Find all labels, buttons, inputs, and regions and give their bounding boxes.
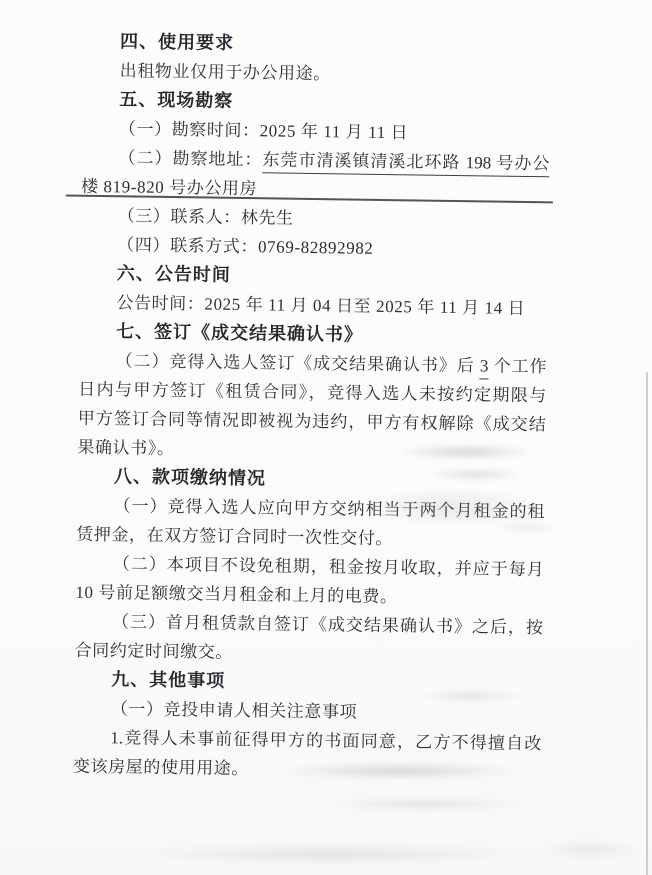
- text-run: 赁押金，在双方签订合同时一次性交付。: [76, 525, 393, 548]
- text-run: 1.竞得人未事前征得甲方的书面同意，乙方不得擅自改: [110, 728, 541, 753]
- ink-bleedthrough-artifact: [330, 797, 520, 811]
- text-run: 出租物业仅用于办公用途。: [120, 61, 331, 83]
- underlined-text-run: 3: [480, 356, 489, 379]
- text-run: 日内与甲方签订《租赁合同》，竞得入选人未按约定期限与: [78, 380, 546, 406]
- text-line: 变该房屋的使用用途。: [73, 752, 541, 788]
- text-run: （二）本项目不设免租期，租金按月收取，并应于每月: [113, 554, 544, 579]
- ink-bleedthrough-artifact: [140, 843, 520, 865]
- text-run: （一）竞得入选人应向甲方交纳相当于两个月租金的租: [113, 496, 544, 521]
- text-run: （三）联系人：林先生: [118, 206, 294, 227]
- text-run: 个工作: [488, 356, 546, 376]
- ink-bleedthrough-artifact: [545, 840, 635, 860]
- text-run: 四、使用要求: [120, 31, 234, 53]
- text-run: （三）首月租赁款自签订《成交结果确认书》之后，按: [112, 612, 543, 637]
- underlined-text-run: 楼 819-820 号办公用房: [81, 177, 257, 201]
- document-page: 四、使用要求出租物业仅用于办公用途。五、现场勘察（一）勘察时间：2025 年 1…: [0, 0, 652, 875]
- scan-edge-artifact: [646, 372, 648, 875]
- text-run: 七、签订《成交结果确认书》: [116, 321, 363, 344]
- text-run: 八、款项缴纳情况: [114, 466, 266, 488]
- text-run: 九、其他事项: [111, 669, 225, 691]
- text-run: （一）竞投申请人相关注意事项: [111, 699, 358, 721]
- text-run: 甲方签订合同等情况即被视为违约，甲方有权解除《成交结: [78, 409, 546, 435]
- text-run: 10 号前足额缴交当月租金和上月的电费。: [75, 583, 397, 606]
- document-body: 四、使用要求出租物业仅用于办公用途。五、现场勘察（一）勘察时间：2025 年 1…: [73, 27, 551, 787]
- text-run: 五、现场勘察: [119, 89, 233, 111]
- text-run: （四）联系方式：0769-82892982: [117, 235, 374, 258]
- text-run: 果确认书》。: [77, 438, 174, 458]
- text-run: 合同约定时间缴交。: [74, 641, 233, 662]
- text-run: 六、公告时间: [117, 263, 231, 285]
- text-run: 变该房屋的使用用途。: [73, 757, 249, 778]
- text-run: （一）勘察时间：2025 年 11 月 11 日: [119, 119, 409, 142]
- text-run: 公告时间：2025 年 11 月 04 日至 2025 年 11 月 14 日: [116, 293, 525, 318]
- text-run: （二）竞得入选人签订《成交结果确认书》后: [115, 351, 480, 375]
- underlined-text-run: 东莞市清溪镇清溪北环路 198 号办公: [262, 150, 549, 177]
- text-run: （二）勘察地址：: [118, 148, 262, 169]
